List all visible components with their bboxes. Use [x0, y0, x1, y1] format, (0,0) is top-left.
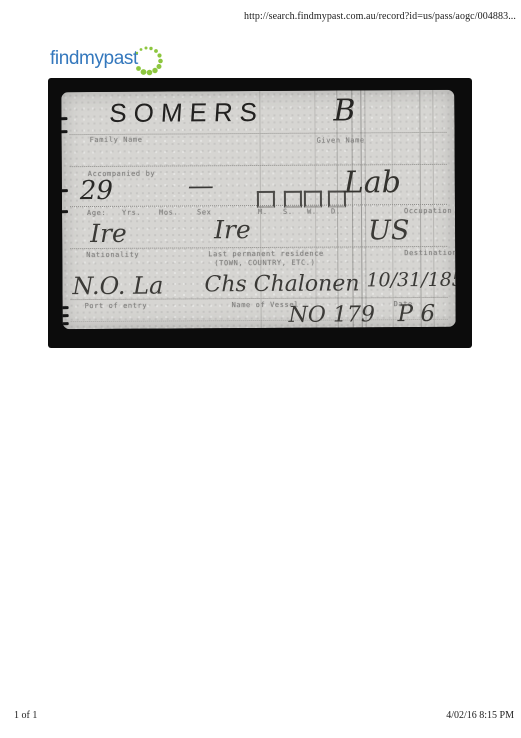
vessel-value: Chs Chalonen [204, 273, 359, 296]
divorced-label: D. [331, 207, 341, 215]
scan-artifact-line [391, 90, 393, 327]
rule-line [70, 132, 447, 135]
sex-label: Sex [197, 208, 212, 216]
scan-edge-mark [61, 314, 68, 317]
scan-edge-mark [61, 210, 68, 213]
scan-edge-mark [61, 130, 67, 133]
findmypast-logo: findmypast [50, 46, 138, 78]
page-number-notation: P 6 [398, 303, 436, 326]
mos-label: Mos. [159, 208, 178, 216]
findmypast-logo-text: findmypast [50, 48, 138, 69]
family-name-value: SOMERS [109, 99, 265, 126]
residence-value: Ire [214, 217, 251, 242]
age-value: 29 [80, 178, 113, 204]
scan-edge-mark [61, 322, 68, 325]
marital-checkbox-s [284, 191, 302, 208]
scan-edge-mark [61, 189, 68, 192]
marital-checkbox-m [257, 191, 275, 208]
scan-artifact-line [360, 90, 362, 327]
roll-number-notation: NO 179 [289, 304, 375, 327]
destination-label: Destination [404, 249, 455, 257]
record-card-image: SOMERS Family Name B Given Name Accompan… [48, 78, 472, 348]
scan-artifact-line [364, 90, 366, 327]
printed-page: http://search.findmypast.com.au/record?i… [0, 0, 521, 738]
sex-value: — [188, 173, 214, 199]
print-header-url: http://search.findmypast.com.au/record?i… [244, 11, 516, 22]
rule-line [71, 319, 448, 322]
occupation-label: Occupation [404, 207, 452, 215]
nationality-value: Ire [90, 221, 127, 246]
occupation-value: Lab [344, 168, 401, 198]
residence-label: Last permanent residence [208, 250, 324, 259]
port-of-entry-value: N.O. La [72, 274, 163, 299]
given-name-label: Given Name [317, 136, 365, 144]
scan-edge-mark [61, 117, 67, 120]
family-name-label: Family Name [90, 136, 143, 144]
destination-value: US [368, 217, 409, 244]
single-label: S. [283, 208, 293, 216]
married-label: M. [258, 208, 268, 216]
residence-sublabel: (TOWN, COUNTRY, ETC.) [214, 259, 315, 268]
findmypast-logo-dots-icon [129, 43, 165, 79]
scan-edge-mark [61, 306, 68, 309]
yrs-label: Yrs. [122, 209, 141, 217]
given-name-value: B [333, 96, 355, 126]
record-card-paper: SOMERS Family Name B Given Name Accompan… [61, 90, 455, 329]
nationality-label: Nationality [86, 251, 139, 259]
print-timestamp: 4/02/16 8:15 PM [446, 710, 514, 721]
port-of-entry-label: Port of entry [85, 302, 148, 310]
age-label: Age: [87, 209, 106, 217]
date-value: 10/31/1850 [366, 271, 455, 291]
widowed-label: W. [307, 208, 317, 216]
page-number-footer: 1 of 1 [14, 710, 37, 721]
marital-checkbox-w [304, 191, 322, 208]
